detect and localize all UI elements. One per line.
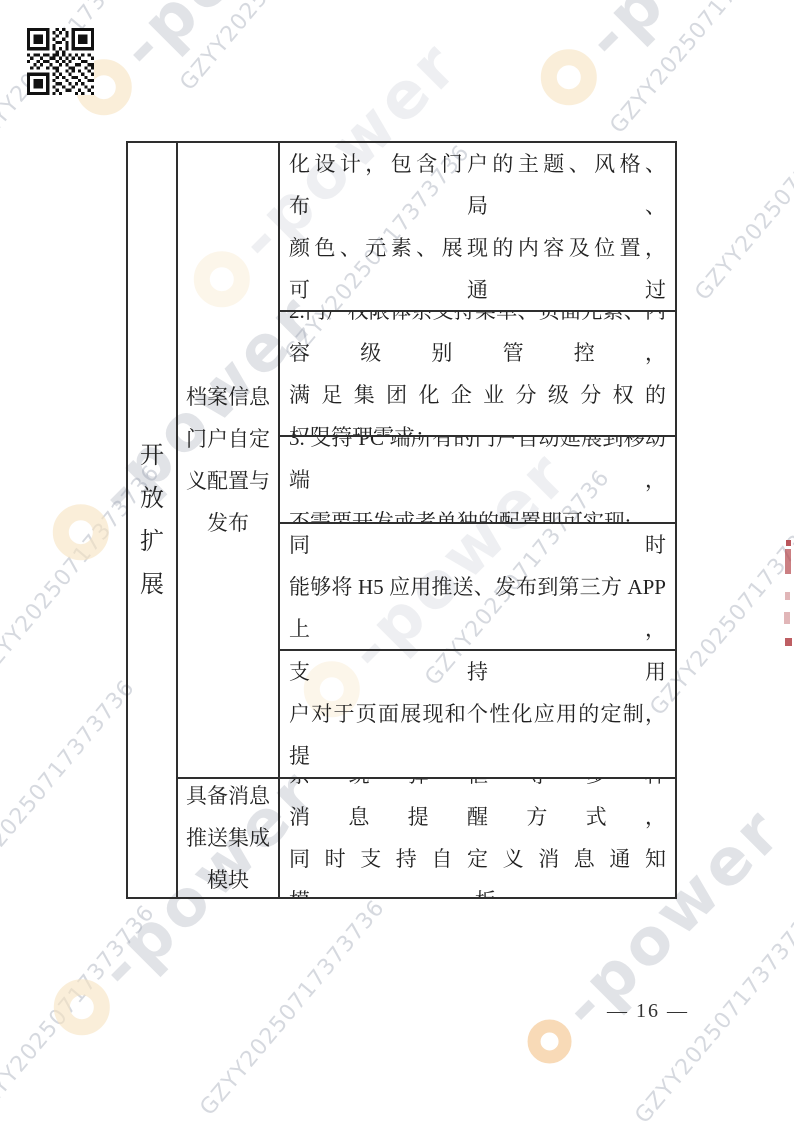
spec-line: 3. 支持 PC 端所有的门户自动延展到移动	[289, 435, 666, 459]
category-char: 扩	[140, 529, 164, 555]
spec-line: 权限管理需求；	[289, 416, 666, 436]
spec-line: 支持短信、微信、邮件、系统弹框等多种	[289, 779, 666, 796]
title-line: 具备消息	[178, 775, 278, 817]
brand-watermark: -power	[58, 0, 357, 133]
spec-line: 能够将 H5 应用推送、发布到第三方 APP 上，	[289, 566, 666, 650]
spec-line: 颜色、元素、展现的内容及位置，可通过	[289, 227, 666, 311]
title-line: 发布	[178, 502, 278, 544]
group-title-cell: 具备消息 推送集成 模块	[178, 779, 280, 897]
brand-watermark: -power	[523, 0, 794, 123]
spec-item-cell: 1. 支持 PC 端门户界面可视化发布与个性 化设计，包含门户的主题、风格、布局…	[280, 143, 675, 310]
category-char: 展	[140, 572, 164, 598]
spec-line: 容级别管控，满足集团化企业分级分权的	[289, 332, 666, 416]
watermark-code-text: GZYY20250717373736	[195, 895, 390, 1120]
red-stamp-fragment	[784, 612, 790, 624]
spec-line: 5. 支持移动应用私有化单独部署，支持用	[289, 649, 666, 693]
page-number: — 16 —	[593, 1000, 703, 1023]
title-line: 门户自定	[178, 418, 278, 460]
spec-item-cell: 3. 支持 PC 端所有的门户自动延展到移动 端，不需要开发或者单独的配置即可实…	[280, 435, 675, 522]
spec-line: 模板,让用户随时随地掌握系统消息情况。	[289, 880, 666, 897]
spec-line: 消息提醒方式，同时支持自定义消息通知	[289, 796, 666, 880]
category-cell: 开 放 扩 展	[128, 143, 178, 897]
group-items: 1. 支持 PC 端门户界面可视化发布与个性 化设计，包含门户的主题、风格、布局…	[280, 143, 675, 777]
red-stamp-fragment	[785, 638, 792, 646]
watermark-code-text: GZYY20250717373736	[0, 900, 160, 1123]
red-stamp-fragment	[786, 540, 791, 546]
watermark-code-text: GZYY20250717373736	[175, 0, 370, 96]
spec-line: 户对于页面展现和个性化应用的定制，提	[289, 693, 666, 777]
red-stamp-fragment	[785, 549, 791, 574]
brand-ring-icon	[529, 38, 608, 117]
title-line: 义配置与	[178, 460, 278, 502]
watermark-code-text: GZYY20250717373736	[690, 80, 794, 305]
title-line: 档案信息	[178, 376, 278, 418]
category-char: 开	[140, 443, 164, 469]
table-body: 档案信息 门户自定 义配置与 发布 1. 支持 PC 端门户界面可视化发布与个性…	[178, 143, 675, 897]
spec-item-cell: 2.门户权限体系支持菜单、页面元素、内 容级别管控，满足集团化企业分级分权的 权…	[280, 310, 675, 435]
spec-table: 开 放 扩 展 档案信息 门户自定 义配置与 发布 1. 支持 PC 端门户界面…	[126, 141, 677, 899]
spec-item-cell: 4. 支持通过 H5 技术构建移动端页面,同时 能够将 H5 应用推送、发布到第…	[280, 522, 675, 649]
qr-code	[27, 28, 94, 95]
group-title-cell: 档案信息 门户自定 义配置与 发布	[178, 143, 280, 777]
document-page: GZYY20250717373736 GZYY20250717373736 GZ…	[0, 0, 794, 1123]
group-items: 支持短信、微信、邮件、系统弹框等多种 消息提醒方式，同时支持自定义消息通知 模板…	[280, 779, 675, 897]
spec-line: 端，不需要开发或者单独的配置即可实现;	[289, 459, 666, 523]
spec-line: 化设计，包含门户的主题、风格、布局、	[289, 143, 666, 227]
red-stamp-fragment	[785, 592, 790, 600]
table-group: 档案信息 门户自定 义配置与 发布 1. 支持 PC 端门户界面可视化发布与个性…	[178, 143, 675, 777]
watermark-code-text: GZYY20250717373736	[0, 675, 140, 900]
category-char: 放	[140, 486, 164, 512]
title-line: 模块	[178, 859, 278, 901]
spec-line: 2.门户权限体系支持菜单、页面元素、内	[289, 310, 666, 332]
spec-item-cell: 支持短信、微信、邮件、系统弹框等多种 消息提醒方式，同时支持自定义消息通知 模板…	[280, 779, 675, 897]
spec-item-cell: 5. 支持移动应用私有化单独部署，支持用 户对于页面展现和个性化应用的定制，提 …	[280, 649, 675, 777]
brand-ring-icon	[518, 1010, 580, 1072]
brand-ring-icon	[42, 968, 121, 1047]
watermark-code-text: GZYY20250717373736	[605, 0, 794, 139]
title-line: 推送集成	[178, 817, 278, 859]
spec-line: 4. 支持通过 H5 技术构建移动端页面,同时	[289, 522, 666, 566]
brand-ring-icon	[41, 493, 120, 572]
table-group: 具备消息 推送集成 模块 支持短信、微信、邮件、系统弹框等多种 消息提醒方式，同…	[178, 777, 675, 897]
